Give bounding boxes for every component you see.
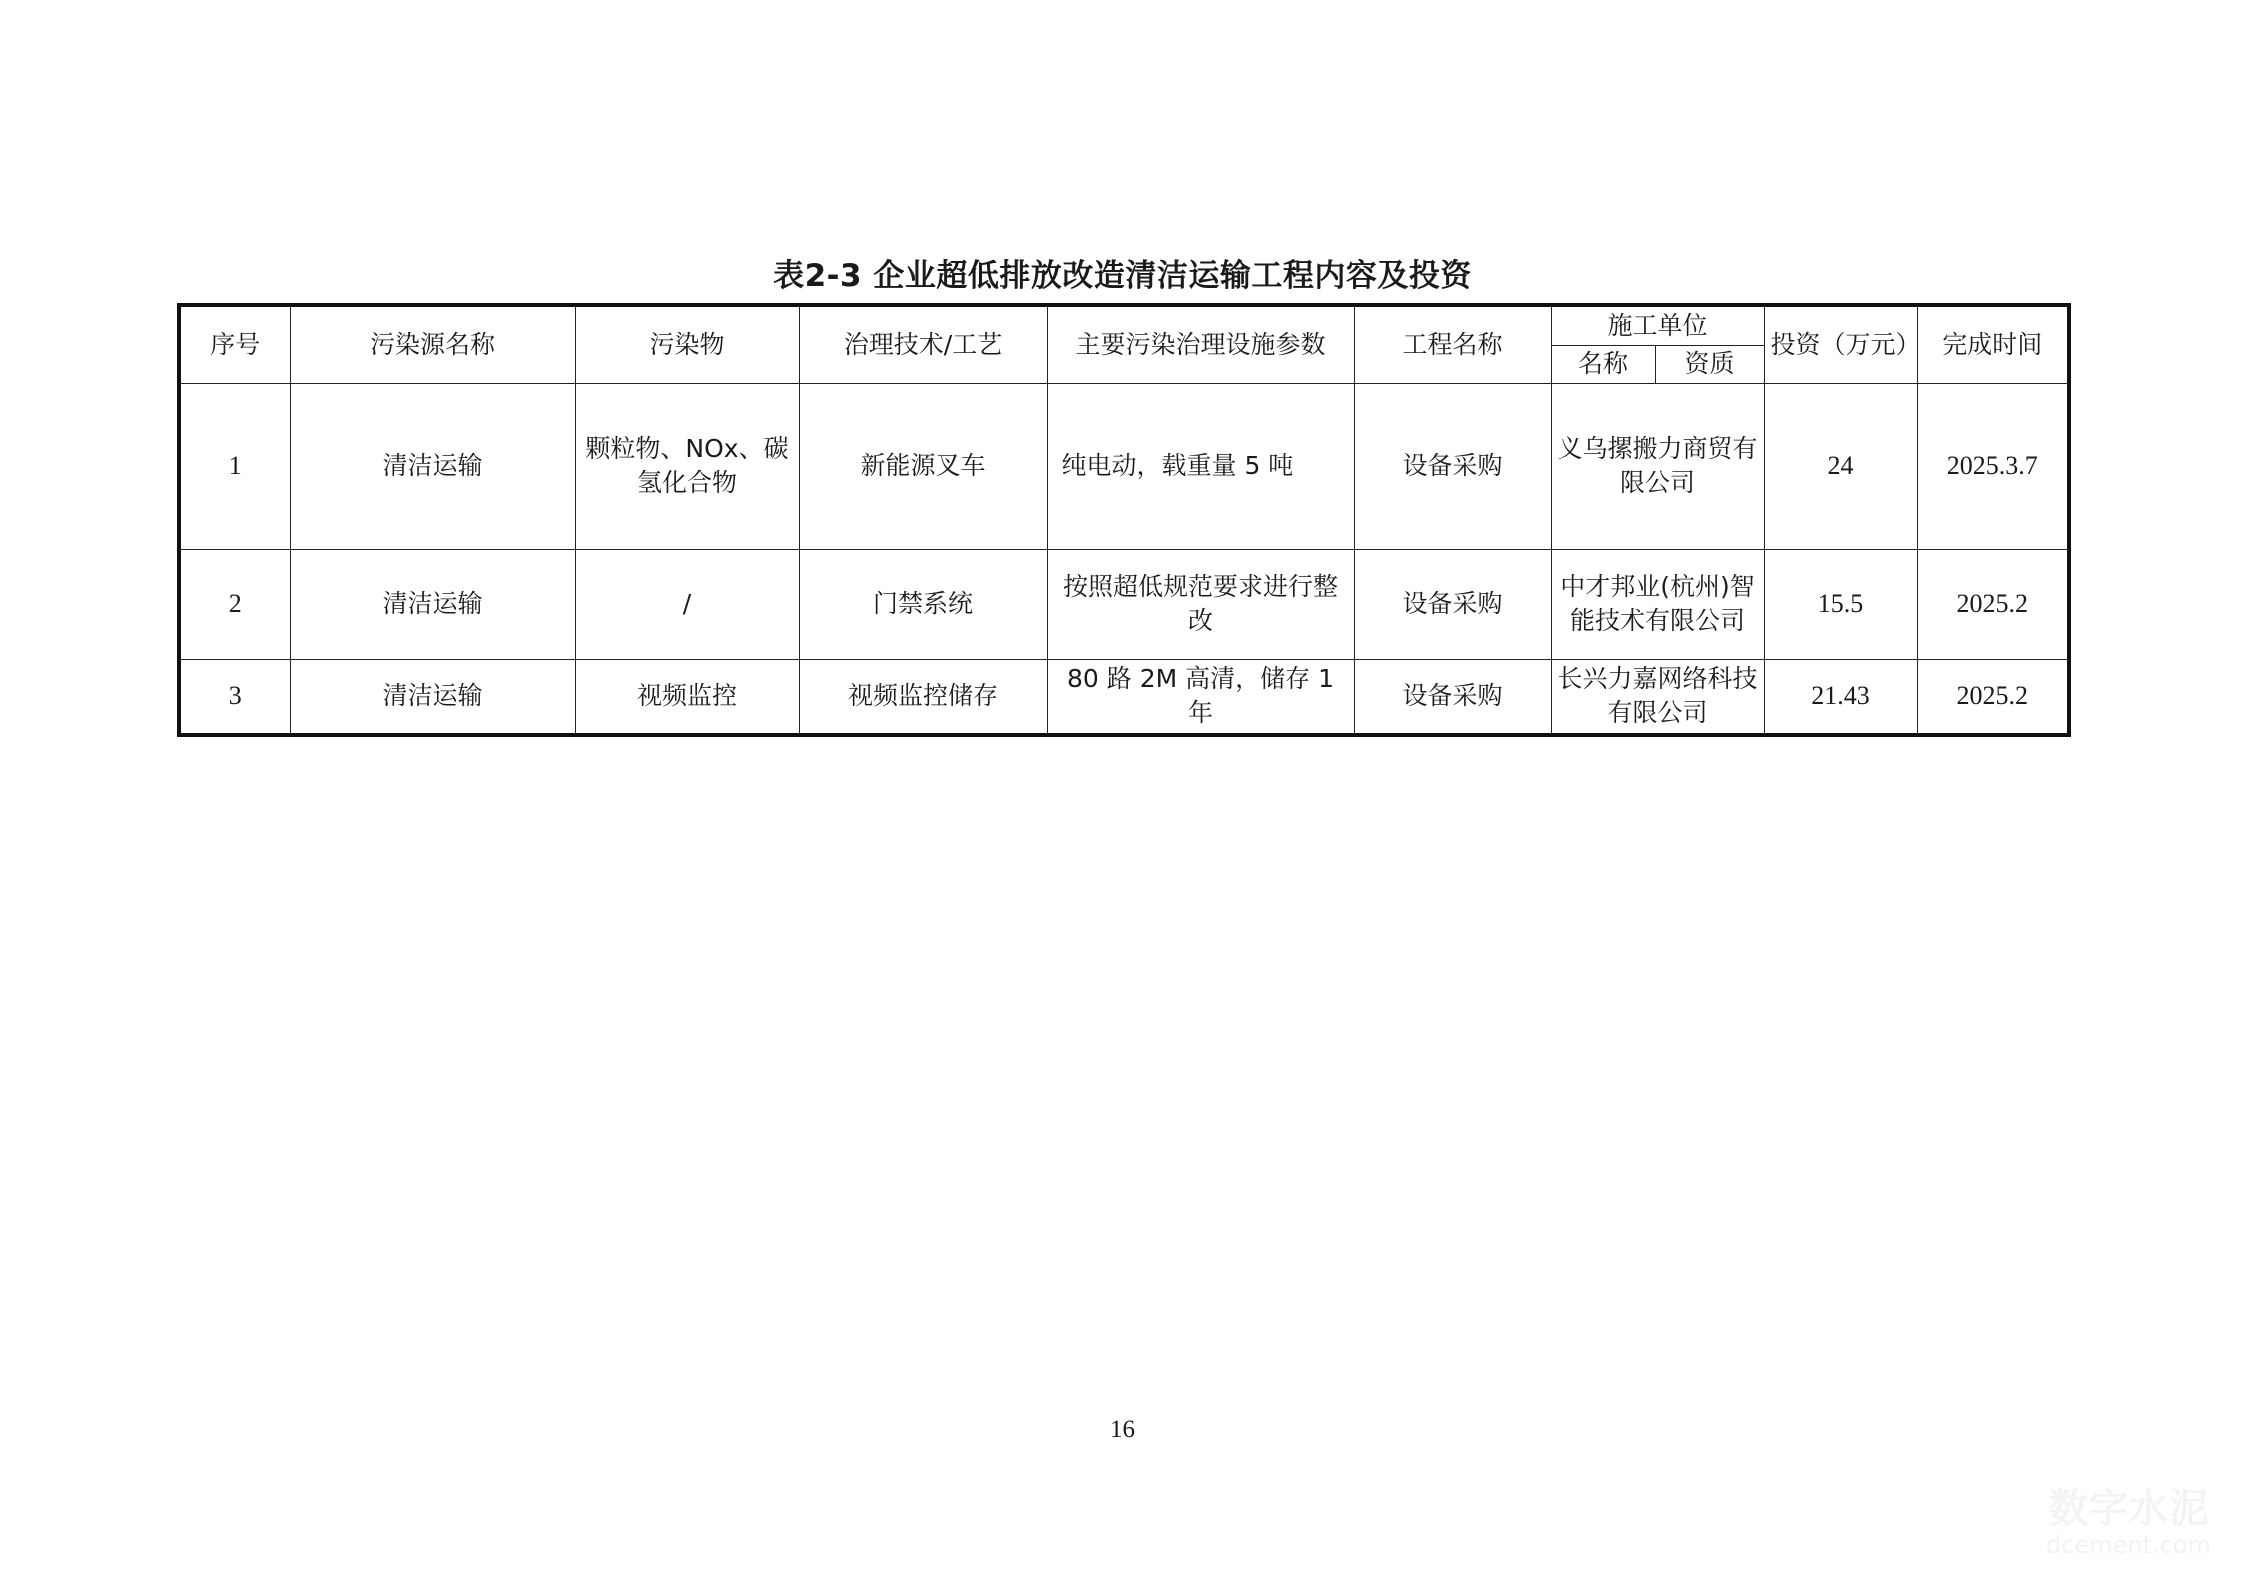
watermark: 数字水泥 dcement.com: [2046, 1487, 2211, 1559]
header-investment: 投资（万元）: [1764, 305, 1917, 383]
cell-investment: 15.5: [1764, 549, 1917, 659]
table-row: 1 清洁运输 颗粒物、NOx、碳氢化合物 新能源叉车 纯电动，载重量 5 吨 设…: [179, 383, 2069, 549]
cell-technology: 门禁系统: [799, 549, 1047, 659]
cell-parameters: 80 路 2M 高清，储存 1 年: [1047, 659, 1354, 735]
header-pollutant: 污染物: [575, 305, 799, 383]
header-technology: 治理技术/工艺: [799, 305, 1047, 383]
cell-project: 设备采购: [1354, 659, 1551, 735]
cell-pollutant: 颗粒物、NOx、碳氢化合物: [575, 383, 799, 549]
cell-project: 设备采购: [1354, 383, 1551, 549]
table-row: 2 清洁运输 / 门禁系统 按照超低规范要求进行整改 设备采购 中才邦业(杭州)…: [179, 549, 2069, 659]
cell-completion: 2025.3.7: [1917, 383, 2069, 549]
cell-seq: 2: [179, 549, 290, 659]
cell-technology: 视频监控储存: [799, 659, 1047, 735]
cell-contractor: 中才邦业(杭州)智能技术有限公司: [1551, 549, 1764, 659]
header-contractor-name: 名称: [1551, 345, 1655, 383]
header-parameters: 主要污染治理设施参数: [1047, 305, 1354, 383]
cell-parameters: 按照超低规范要求进行整改: [1047, 549, 1354, 659]
cell-investment: 21.43: [1764, 659, 1917, 735]
header-source: 污染源名称: [290, 305, 575, 383]
cell-project: 设备采购: [1354, 549, 1551, 659]
cell-seq: 3: [179, 659, 290, 735]
watermark-logo-text: 数字水泥: [2046, 1487, 2211, 1531]
table-title: 表2-3 企业超低排放改造清洁运输工程内容及投资: [0, 250, 2245, 295]
cell-completion: 2025.2: [1917, 549, 2069, 659]
header-contractor: 施工单位: [1551, 305, 1764, 345]
header-project: 工程名称: [1354, 305, 1551, 383]
cell-parameters: 纯电动，载重量 5 吨: [1047, 383, 1354, 549]
cell-completion: 2025.2: [1917, 659, 2069, 735]
header-completion: 完成时间: [1917, 305, 2069, 383]
header-row: 序号 污染源名称 污染物 治理技术/工艺 主要污染治理设施参数 工程名称 施工单…: [179, 305, 2069, 345]
watermark-url: dcement.com: [2046, 1531, 2211, 1559]
table-row: 3 清洁运输 视频监控 视频监控储存 80 路 2M 高清，储存 1 年 设备采…: [179, 659, 2069, 735]
cell-pollutant: /: [575, 549, 799, 659]
header-contractor-qualification: 资质: [1655, 345, 1764, 383]
page-number: 16: [0, 1416, 2245, 1444]
header-seq: 序号: [179, 305, 290, 383]
cell-contractor: 义乌摞搬力商贸有限公司: [1551, 383, 1764, 549]
cell-seq: 1: [179, 383, 290, 549]
investment-table: 序号 污染源名称 污染物 治理技术/工艺 主要污染治理设施参数 工程名称 施工单…: [177, 303, 2071, 737]
cell-contractor: 长兴力嘉网络科技有限公司: [1551, 659, 1764, 735]
cell-source: 清洁运输: [290, 659, 575, 735]
cell-investment: 24: [1764, 383, 1917, 549]
cell-source: 清洁运输: [290, 549, 575, 659]
cell-technology: 新能源叉车: [799, 383, 1047, 549]
cell-source: 清洁运输: [290, 383, 575, 549]
cell-pollutant: 视频监控: [575, 659, 799, 735]
